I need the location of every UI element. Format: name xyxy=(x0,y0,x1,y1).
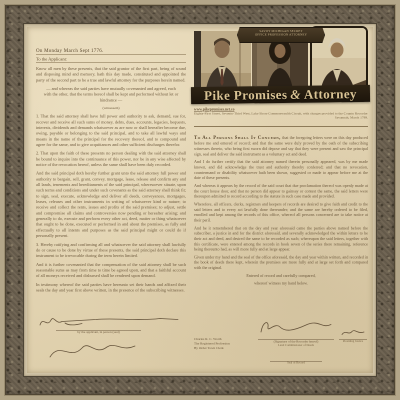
runin-heading: To All Persons Shall It Concern, xyxy=(194,136,281,141)
seal-caption: Seal of Record xyxy=(270,362,322,365)
firm-title-part1: Pike Promises xyxy=(204,86,288,103)
paragraph: Given under my hand and the seal of the … xyxy=(194,255,368,271)
document-addressee: To the Applicant: xyxy=(36,55,186,63)
letterhead: SAVOY MICHIGAN SECRET OFFICE PROFESSION … xyxy=(194,26,368,106)
right-column: To All Persons Shall It Concern,that the… xyxy=(194,130,368,315)
justice-caption: Presiding Justice xyxy=(339,340,367,343)
paragraph: Wherefore, all officers, clerks, registr… xyxy=(194,202,368,223)
applicant-signature-block: by the applicant, in person (seal) xyxy=(36,313,186,369)
paragraph: Know all men by these presents, that the… xyxy=(36,66,186,83)
witness-signature xyxy=(40,339,150,362)
paragraph: And whereas it appears by the record of … xyxy=(194,183,368,199)
flourish-ornament: & xyxy=(290,86,301,102)
firm-title-band: Pike Promises & Attorney xyxy=(191,85,370,104)
left-column: On Monday March Sept 1776. To the Applic… xyxy=(36,48,186,314)
letterhead-address: www.pikepromises.net.co Eighty-First Str… xyxy=(194,107,368,124)
recorder-signature xyxy=(258,318,334,337)
paragraph: And the said principal doth hereby furth… xyxy=(36,171,186,239)
paragraph: And be it remembered that on the day and… xyxy=(194,226,368,253)
paragraph: And it is further covenanted that the co… xyxy=(36,262,186,279)
clerk-line-3: By Order Town Clerk xyxy=(194,346,255,351)
applicant-signature xyxy=(36,313,186,330)
firm-title-part2: Attorney xyxy=(304,86,357,103)
notary-signature-block: Charles R. C. Worth The Registered Profe… xyxy=(194,315,368,371)
closing-line: Entered of record and carefully compared… xyxy=(194,273,368,278)
applicant-signature-caption: by the applicant, in person (seal) xyxy=(56,331,141,335)
framed-document-photo: On Monday March Sept 1776. To the Applic… xyxy=(0,0,400,400)
witnesseth-line: (witnesseth) xyxy=(36,106,186,111)
recorder-caption-2: Land Commissioner of Deeds xyxy=(258,344,334,347)
ribbon-banner: SAVOY MICHIGAN SECRET OFFICE PROFESSION … xyxy=(237,27,325,43)
document-paper: On Monday March Sept 1776. To the Applic… xyxy=(27,27,373,373)
testimonium-paragraph: In testimony whereof the said parties ha… xyxy=(36,282,186,293)
recital-paragraph: — and whereas the said parties have mutu… xyxy=(36,86,186,103)
justice-initials-signature xyxy=(339,328,367,337)
document-date-heading: On Monday March Sept 1776. xyxy=(36,48,186,55)
numbered-paragraph: 2. That upon the faith of these presents… xyxy=(36,151,186,168)
numbered-paragraph: 1. That the said attorney shall have ful… xyxy=(36,114,186,148)
divider-rule xyxy=(194,126,368,127)
banner-line-2: OFFICE PROFESSION ATTORNEY xyxy=(238,33,324,37)
place-date-line: Savannah, March 1789. xyxy=(194,116,368,120)
numbered-paragraph: 3. Hereby ratifying and confirming all a… xyxy=(36,242,186,259)
closing-line: whereof witness my hand below. xyxy=(194,281,368,286)
paragraph: And I do further certify that the said a… xyxy=(194,160,368,181)
